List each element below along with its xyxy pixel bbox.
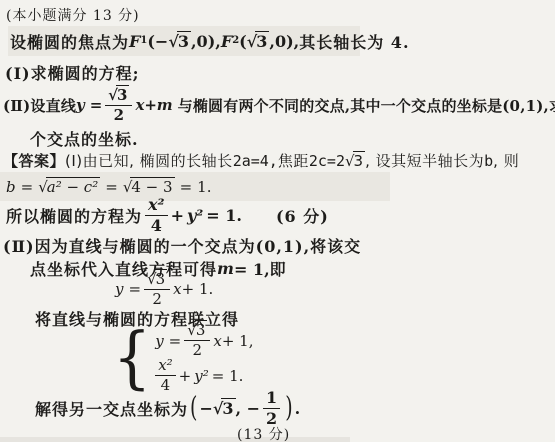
answer-p1d: , 则 xyxy=(493,150,519,171)
fraction-denominator: 4 xyxy=(155,375,175,393)
var-x: x xyxy=(213,332,221,350)
problem-statement: 设椭圆的焦点为 F1(−√3,0), F2(√3,0), 其长轴长为 4. xyxy=(10,28,410,54)
system-equation-2: x² 4 + y² = 1. xyxy=(155,360,253,391)
fraction-denominator: 2 xyxy=(144,289,170,307)
focus-f2-close: ,0), xyxy=(269,32,299,51)
solution-point-line: 解得另一交点坐标为 ( −√3 , − 1 2 ) . xyxy=(35,393,300,423)
answer-part1-intro: 【答案】 (I)由已知, 椭圆的长轴长 2a=4, 焦距 2c=2√3 , 设其… xyxy=(3,150,519,171)
radicand: 3 xyxy=(353,151,366,170)
ellipse-equation-line: 所以椭圆的方程为 x² 4 + y² = 1. (6 分) xyxy=(6,198,329,232)
fraction-sqrt3-over-2: √3 2 xyxy=(105,88,132,123)
fraction-numerator: x² xyxy=(155,358,175,375)
q2-pre: (Ⅱ)设直线 xyxy=(3,95,76,116)
period: . xyxy=(295,399,301,418)
answer-p2l2b: = 1,即 xyxy=(234,257,286,280)
question-part2-line2: 个交点的坐标. xyxy=(30,127,139,150)
fraction-denominator: 2 xyxy=(184,340,210,358)
fraction-numerator: √3 xyxy=(184,323,210,340)
score-13-text: (13 分) xyxy=(237,424,290,442)
equals-sign: = xyxy=(21,178,34,196)
left-brace: { xyxy=(113,324,151,391)
comma-minus: , − xyxy=(236,399,261,418)
ellipse-pre: 所以椭圆的方程为 xyxy=(6,204,142,227)
question-part1: (I)求椭圆的方程; xyxy=(5,61,140,84)
equals-sign: = xyxy=(169,332,182,350)
var-y: y xyxy=(155,332,163,350)
fraction-x2-over-4: x² 4 xyxy=(155,358,175,393)
value-2a-equals-4: 2a=4, xyxy=(233,152,278,170)
var-m: m xyxy=(217,259,234,278)
var-m: m xyxy=(157,96,173,114)
focus-f1-close: ,0), xyxy=(191,32,221,51)
fraction-1-over-2: 1 2 xyxy=(263,390,280,427)
fraction-numerator: 1 xyxy=(263,390,280,408)
plus-sign: + xyxy=(171,206,184,225)
sqrt-4-minus-3: √4 − 3 xyxy=(123,178,175,196)
radicand: 3 xyxy=(195,320,208,339)
scanned-math-document: (本小题满分 13 分) 设椭圆的焦点为 F1(−√3,0), F2(√3,0)… xyxy=(0,0,555,442)
focus-f2-symbol: F xyxy=(221,32,232,51)
equals-one: = 1. xyxy=(206,206,242,225)
score-note: (本小题满分 13 分) xyxy=(6,5,140,25)
minus-sign: − xyxy=(199,399,212,418)
y-squared: y² xyxy=(187,206,203,225)
fraction-sqrt3-over-2: √3 2 xyxy=(184,323,210,358)
question-part1-text: (I)求椭圆的方程; xyxy=(5,61,140,84)
focus-f1-symbol: F xyxy=(129,32,140,51)
radicand: 3 xyxy=(155,269,168,288)
focus-f1-open: (− xyxy=(147,32,168,51)
statement-post: 其长轴长为 4. xyxy=(299,30,409,53)
answer-label: 【答案】 xyxy=(3,150,65,171)
sqrt3-radical-1: √3 xyxy=(168,32,191,51)
fraction-numerator: x² xyxy=(145,197,168,215)
radicand: 3 xyxy=(255,31,269,51)
plus-sign: + xyxy=(144,96,156,114)
sqrt3-radical: √3 xyxy=(108,88,129,103)
scan-edge-streak xyxy=(0,437,350,442)
q2-post: 与椭圆有两个不同的交点,其中一个交点的坐标是(0,1),求另一 xyxy=(178,95,555,116)
sqrt-a2-minus-c2: √a² − c² xyxy=(38,178,100,196)
value-one: 1. xyxy=(197,178,211,196)
equals-sign: = xyxy=(180,178,193,196)
answer-p1c: , 设其短半轴长为 xyxy=(365,150,484,171)
var-x: x xyxy=(135,96,144,114)
system-equations: y = √3 2 x + 1, x² 4 + y² = 1. xyxy=(155,325,253,391)
big-close-paren: ) xyxy=(285,392,292,424)
score-note-text: (本小题满分 13 分) xyxy=(6,5,140,25)
answer-p2l1: (Ⅱ)因为直线与椭圆的一个交点为(0,1),将该交 xyxy=(3,234,361,257)
plus-sign: + xyxy=(179,367,192,385)
var-x: x xyxy=(173,280,181,298)
focus-f2-open: ( xyxy=(239,32,247,51)
sqrt3-radical-2: √3 xyxy=(247,32,270,51)
fraction-denominator: 4 xyxy=(145,215,168,234)
var-y: y xyxy=(115,280,123,298)
score-13-points: (13 分) xyxy=(237,424,290,442)
line-equation: y = √3 2 x + 1. xyxy=(115,272,213,306)
radicand: 3 xyxy=(221,398,235,418)
score-6-points: (6 分) xyxy=(276,204,329,227)
equals-sign: = xyxy=(90,96,102,114)
big-open-paren: ( xyxy=(190,392,197,424)
fraction-numerator: √3 xyxy=(105,88,132,105)
solve-pre: 解得另一交点坐标为 xyxy=(35,397,188,420)
q2-continuation: 个交点的坐标. xyxy=(30,127,139,150)
system-equation-1: y = √3 2 x + 1, xyxy=(155,325,253,356)
radicand: 3 xyxy=(177,31,191,51)
y-squared: y² xyxy=(194,367,209,385)
question-part2-line1: (Ⅱ)设直线 y = √3 2 x+m 与椭圆有两个不同的交点,其中一个交点的坐… xyxy=(3,87,555,123)
var-b: b xyxy=(484,152,493,170)
answer-part2-line1: (Ⅱ)因为直线与椭圆的一个交点为(0,1),将该交 xyxy=(3,234,361,257)
value-2c-equals: 2c=2 xyxy=(309,152,345,170)
plus-one-comma: + 1, xyxy=(222,332,254,350)
answer-p1a: (I)由已知, 椭圆的长轴长 xyxy=(65,150,233,171)
answer-p1b: 焦距 xyxy=(278,150,309,171)
statement-pre: 设椭圆的焦点为 xyxy=(10,30,129,53)
var-y: y xyxy=(76,96,85,114)
sqrt3-radical: √3 xyxy=(345,152,365,170)
equation-system: { y = √3 2 x + 1, x² 4 + y² = 1. xyxy=(113,325,253,391)
b-equation: b = √a² − c² = √4 − 3 = 1. xyxy=(6,174,211,200)
plus-one: + 1. xyxy=(182,280,214,298)
fraction-sqrt3-over-2: √3 2 xyxy=(144,272,170,307)
var-b: b xyxy=(6,178,16,196)
equals-sign: = xyxy=(128,280,141,298)
sqrt3-radical: √3 xyxy=(213,399,236,418)
equals-sign: = xyxy=(105,178,118,196)
fraction-numerator: √3 xyxy=(144,272,170,289)
fraction-denominator: 2 xyxy=(105,105,132,123)
radicand: 3 xyxy=(116,85,129,104)
radicand: 4 − 3 xyxy=(130,177,174,196)
radicand: a² − c² xyxy=(46,177,100,196)
fraction-x2-over-4: x² 4 xyxy=(145,197,168,234)
equals-one: = 1. xyxy=(212,367,244,385)
